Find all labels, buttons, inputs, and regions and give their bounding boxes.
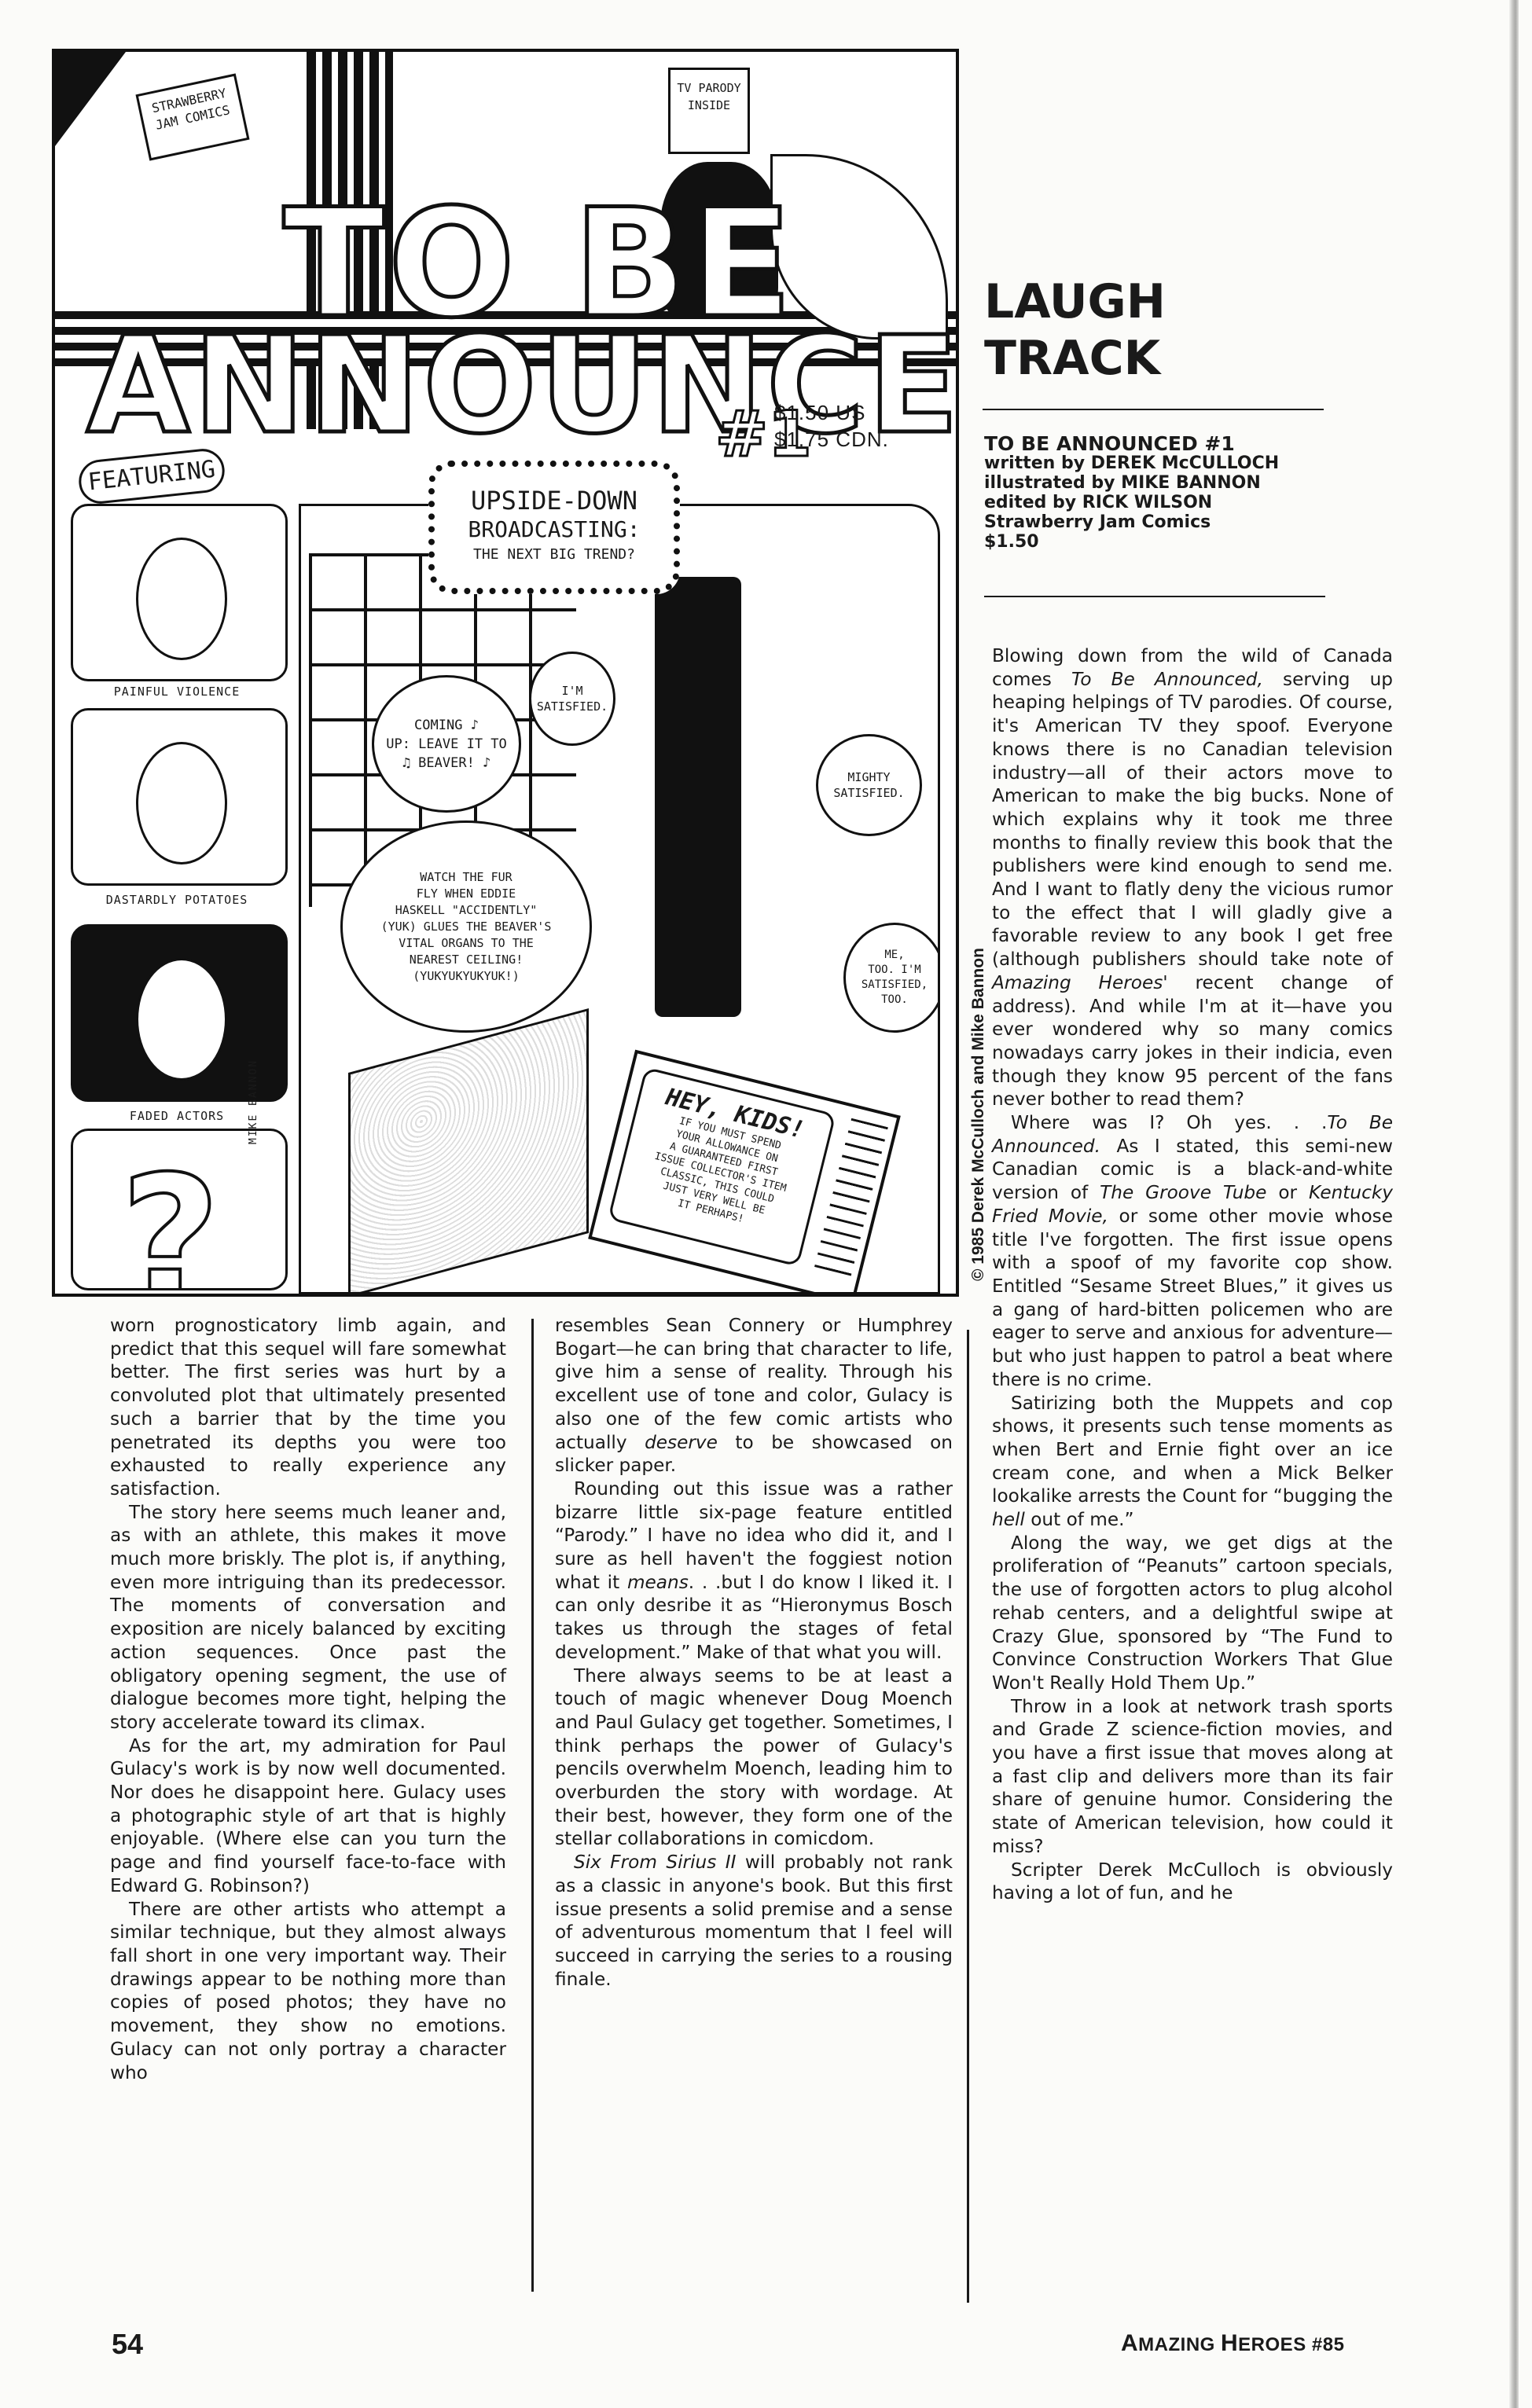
column-divider [531, 1319, 534, 2292]
review-writer: written by DEREK McCULLOCH [984, 453, 1279, 473]
caption-cloud: UPSIDE-DOWN BROADCASTING: THE NEXT BIG T… [428, 461, 680, 594]
paragraph: There are other artists who attempt a si… [110, 1898, 506, 2085]
article-column-3: Blowing down from the wild of Canada com… [992, 644, 1393, 1905]
text-run: or some other movie whose title I've for… [992, 1206, 1393, 1390]
department-title-line2: TRACK [984, 330, 1166, 387]
speech-bubble-watch-fur-fly: WATCH THE FUR FLY WHEN EDDIE HASKELL "AC… [340, 820, 592, 1033]
dresser [348, 1008, 589, 1294]
text-run: serving up heaping helpings of TV parodi… [992, 669, 1393, 970]
text-run: Satirizing both the Muppets and cop show… [992, 1393, 1393, 1507]
cloud-line1: UPSIDE-DOWN [435, 486, 674, 516]
question-mark-icon: ? [120, 1139, 221, 1290]
text-run: #85 [1312, 2334, 1345, 2355]
speech-bubble-coming-up: COMING ♪ UP: LEAVE IT TO ♫ BEAVER! ♪ [372, 675, 521, 813]
paragraph: The story here seems much leaner and, as… [110, 1501, 506, 1734]
review-comic-title: TO BE ANNOUNCED #1 [984, 434, 1279, 453]
review-publisher: Strawberry Jam Comics [984, 512, 1279, 532]
cover-price: $1.50 US $1.75 CDN. [774, 399, 889, 453]
text-run: EROES [1238, 2334, 1312, 2355]
price-cdn: $1.75 CDN. [774, 426, 889, 453]
paragraph: There always seems to be at least a touc… [555, 1665, 953, 1852]
italic-run: hell [992, 1509, 1025, 1530]
actor-face [136, 958, 227, 1081]
side-panel-dastardly-potatoes [71, 708, 288, 886]
paragraph: As for the art, my admiration for Paul G… [110, 1734, 506, 1898]
tv-parody-sign: TV PARODY INSIDE [668, 68, 750, 154]
text-run: Where was I? Oh yes. . . [1011, 1112, 1327, 1133]
text-run: A [1121, 2330, 1138, 2356]
italic-run: deserve [645, 1432, 718, 1453]
upside-down-figure [655, 577, 741, 1017]
article-column-2: resembles Sean Connery or Humphrey Bogar… [555, 1314, 953, 1991]
page-number: 54 [112, 2328, 143, 2361]
review-credits: TO BE ANNOUNCED #1 written by DEREK McCU… [984, 434, 1279, 552]
paragraph: worn prognosticatory limb again, and pre… [110, 1314, 506, 1501]
character-face [136, 538, 227, 660]
paragraph: Along the way, we get digs at the prolif… [992, 1532, 1393, 1695]
paragraph: Scripter Derek McCulloch is obviously ha… [992, 1859, 1393, 1905]
italic-run: The Groove Tube [1100, 1182, 1266, 1203]
side-caption: PAINFUL VIOLENCE [71, 685, 283, 699]
tv-screen: HEY, KIDS! IF YOU MUST SPEND YOUR ALLOWA… [608, 1066, 836, 1267]
text-run: or [1278, 1182, 1297, 1203]
department-title: LAUGH TRACK [984, 273, 1166, 387]
publisher-flag-banner: STRAWBERRY JAM COMICS [135, 73, 249, 160]
television-set: HEY, KIDS! IF YOU MUST SPEND YOUR ALLOWA… [588, 1050, 901, 1294]
department-title-line1: LAUGH [984, 273, 1166, 330]
cloud-line2: BROADCASTING: [435, 516, 674, 544]
page-gutter-shadow [1509, 0, 1519, 2408]
text-run: H [1221, 2330, 1238, 2356]
article-column-1: worn prognosticatory limb again, and pre… [110, 1314, 506, 2084]
cover-corner-shade [55, 52, 126, 146]
review-price: $1.50 [984, 532, 1279, 552]
text-run: out of me.” [1031, 1509, 1133, 1530]
text-run: MAZING [1138, 2334, 1221, 2355]
paragraph: Throw in a look at network trash sports … [992, 1695, 1393, 1859]
comic-cover-image: STRAWBERRY JAM COMICS TV PARODY INSIDE T… [52, 49, 959, 1297]
paragraph: Where was I? Oh yes. . .To Be Announced.… [992, 1111, 1393, 1391]
artist-signature: MIKE BANNON [248, 1059, 259, 1144]
paragraph: Satirizing both the Muppets and cop show… [992, 1392, 1393, 1532]
speech-bubble-satisfied: I'M SATISFIED. [529, 652, 615, 746]
side-panel-question: ? [71, 1129, 288, 1290]
side-caption: DASTARDLY POTATOES [71, 893, 283, 907]
cloud-line3: THE NEXT BIG TREND? [435, 544, 674, 566]
column-divider [967, 1330, 969, 2303]
speech-bubble-me-too: ME, TOO. I'M SATISFIED, TOO. [843, 923, 940, 1033]
italic-run: Amazing Heroes' [992, 972, 1168, 993]
review-editor: edited by RICK WILSON [984, 493, 1279, 512]
speech-bubble-mighty-satisfied: MIGHTY SATISFIED. [816, 734, 922, 836]
cover-copyright: © 1985 Derek McCulloch and Mike Bannon [969, 948, 988, 1281]
credits-rule [984, 596, 1325, 597]
side-panel-painful-violence [71, 504, 288, 681]
price-us: $1.50 US [774, 399, 889, 426]
paragraph: Rounding out this issue was a rather biz… [555, 1477, 953, 1665]
potato-face [136, 742, 227, 864]
review-artist: illustrated by MIKE BANNON [984, 473, 1279, 493]
main-scene-panel: COMING ♪ UP: LEAVE IT TO ♫ BEAVER! ♪ I'M… [299, 504, 940, 1294]
header-rule [983, 409, 1324, 410]
italic-run: To Be Announced, [1071, 669, 1263, 690]
paragraph: Six From Sirius II will probably not ran… [555, 1851, 953, 1991]
paragraph: Blowing down from the wild of Canada com… [992, 644, 1393, 1111]
paragraph: resembles Sean Connery or Humphrey Bogar… [555, 1314, 953, 1477]
italic-run: Six From Sirius II [574, 1852, 736, 1873]
magazine-name: AMAZING HEROES #85 [1121, 2330, 1344, 2357]
italic-run: means [627, 1572, 689, 1593]
